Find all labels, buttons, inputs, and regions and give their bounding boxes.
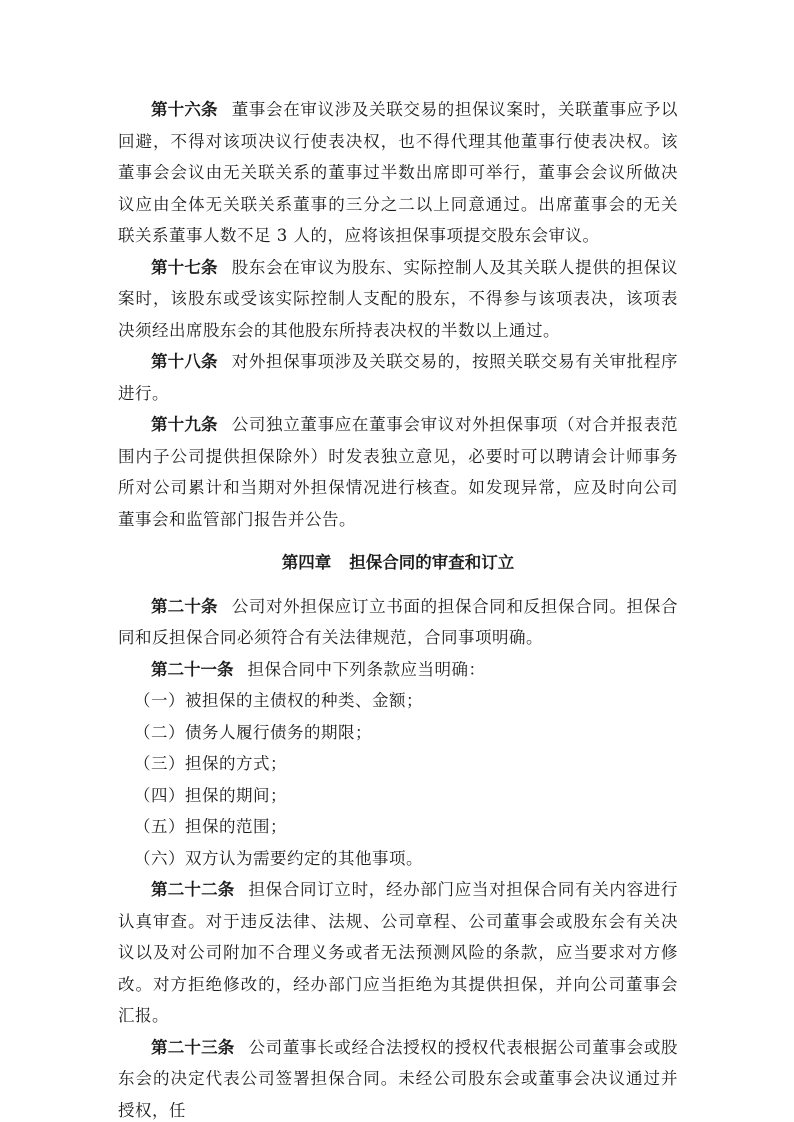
article-heading: 第十六条 [151,100,218,119]
article-heading: 第十八条 [151,352,218,371]
article-heading: 第十九条 [151,415,218,434]
list-item: （三）担保的方式； [118,748,678,780]
list-item: （二）债务人履行债务的期限； [118,717,678,749]
article-heading: 第二十条 [151,597,218,616]
list-item: （四）担保的期间； [118,780,678,812]
article-body: 担保合同中下列条款应当明确： [248,660,486,679]
list-item: （六）双方认为需要约定的其他事项。 [118,843,678,875]
chapter-heading: 第四章担保合同的审查和订立 [118,547,678,579]
chapter-title: 担保合同的审查和订立 [349,553,514,572]
article-16: 第十六条董事会在审议涉及关联交易的担保议案时，关联董事应予以回避，不得对该项决议… [118,94,678,252]
article-21: 第二十一条担保合同中下列条款应当明确： [118,654,678,686]
article-heading: 第十七条 [151,258,218,277]
article-heading: 第二十二条 [151,880,234,899]
article-20: 第二十条公司对外担保应订立书面的担保合同和反担保合同。担保合同和反担保合同必须符… [118,591,678,654]
article-body: 担保合同订立时，经办部门应当对担保合同有关内容进行认真审查。对于违反法律、法规、… [118,880,678,1025]
article-17: 第十七条股东会在审议为股东、实际控制人及其关联人提供的担保议案时，该股东或受该实… [118,252,678,347]
list-item: （一）被担保的主债权的种类、金额； [118,685,678,717]
article-19: 第十九条公司独立董事应在董事会审议对外担保事项（对合并报表范围内子公司提供担保除… [118,409,678,535]
article-18: 第十八条对外担保事项涉及关联交易的，按照关联交易有关审批程序进行。 [118,346,678,409]
list-item: （五）担保的范围； [118,811,678,843]
article-heading: 第二十一条 [151,660,234,679]
document-page: 第十六条董事会在审议涉及关联交易的担保议案时，关联董事应予以回避，不得对该项决议… [118,94,678,1122]
chapter-number: 第四章 [282,553,332,572]
article-body: 董事会在审议涉及关联交易的担保议案时，关联董事应予以回避，不得对该项决议行使表决… [118,100,678,245]
article-23: 第二十三条公司董事长或经合法授权的授权代表根据公司董事会或股东会的决定代表公司签… [118,1032,678,1122]
article-22: 第二十二条担保合同订立时，经办部门应当对担保合同有关内容进行认真审查。对于违反法… [118,874,678,1032]
article-heading: 第二十三条 [151,1038,234,1057]
